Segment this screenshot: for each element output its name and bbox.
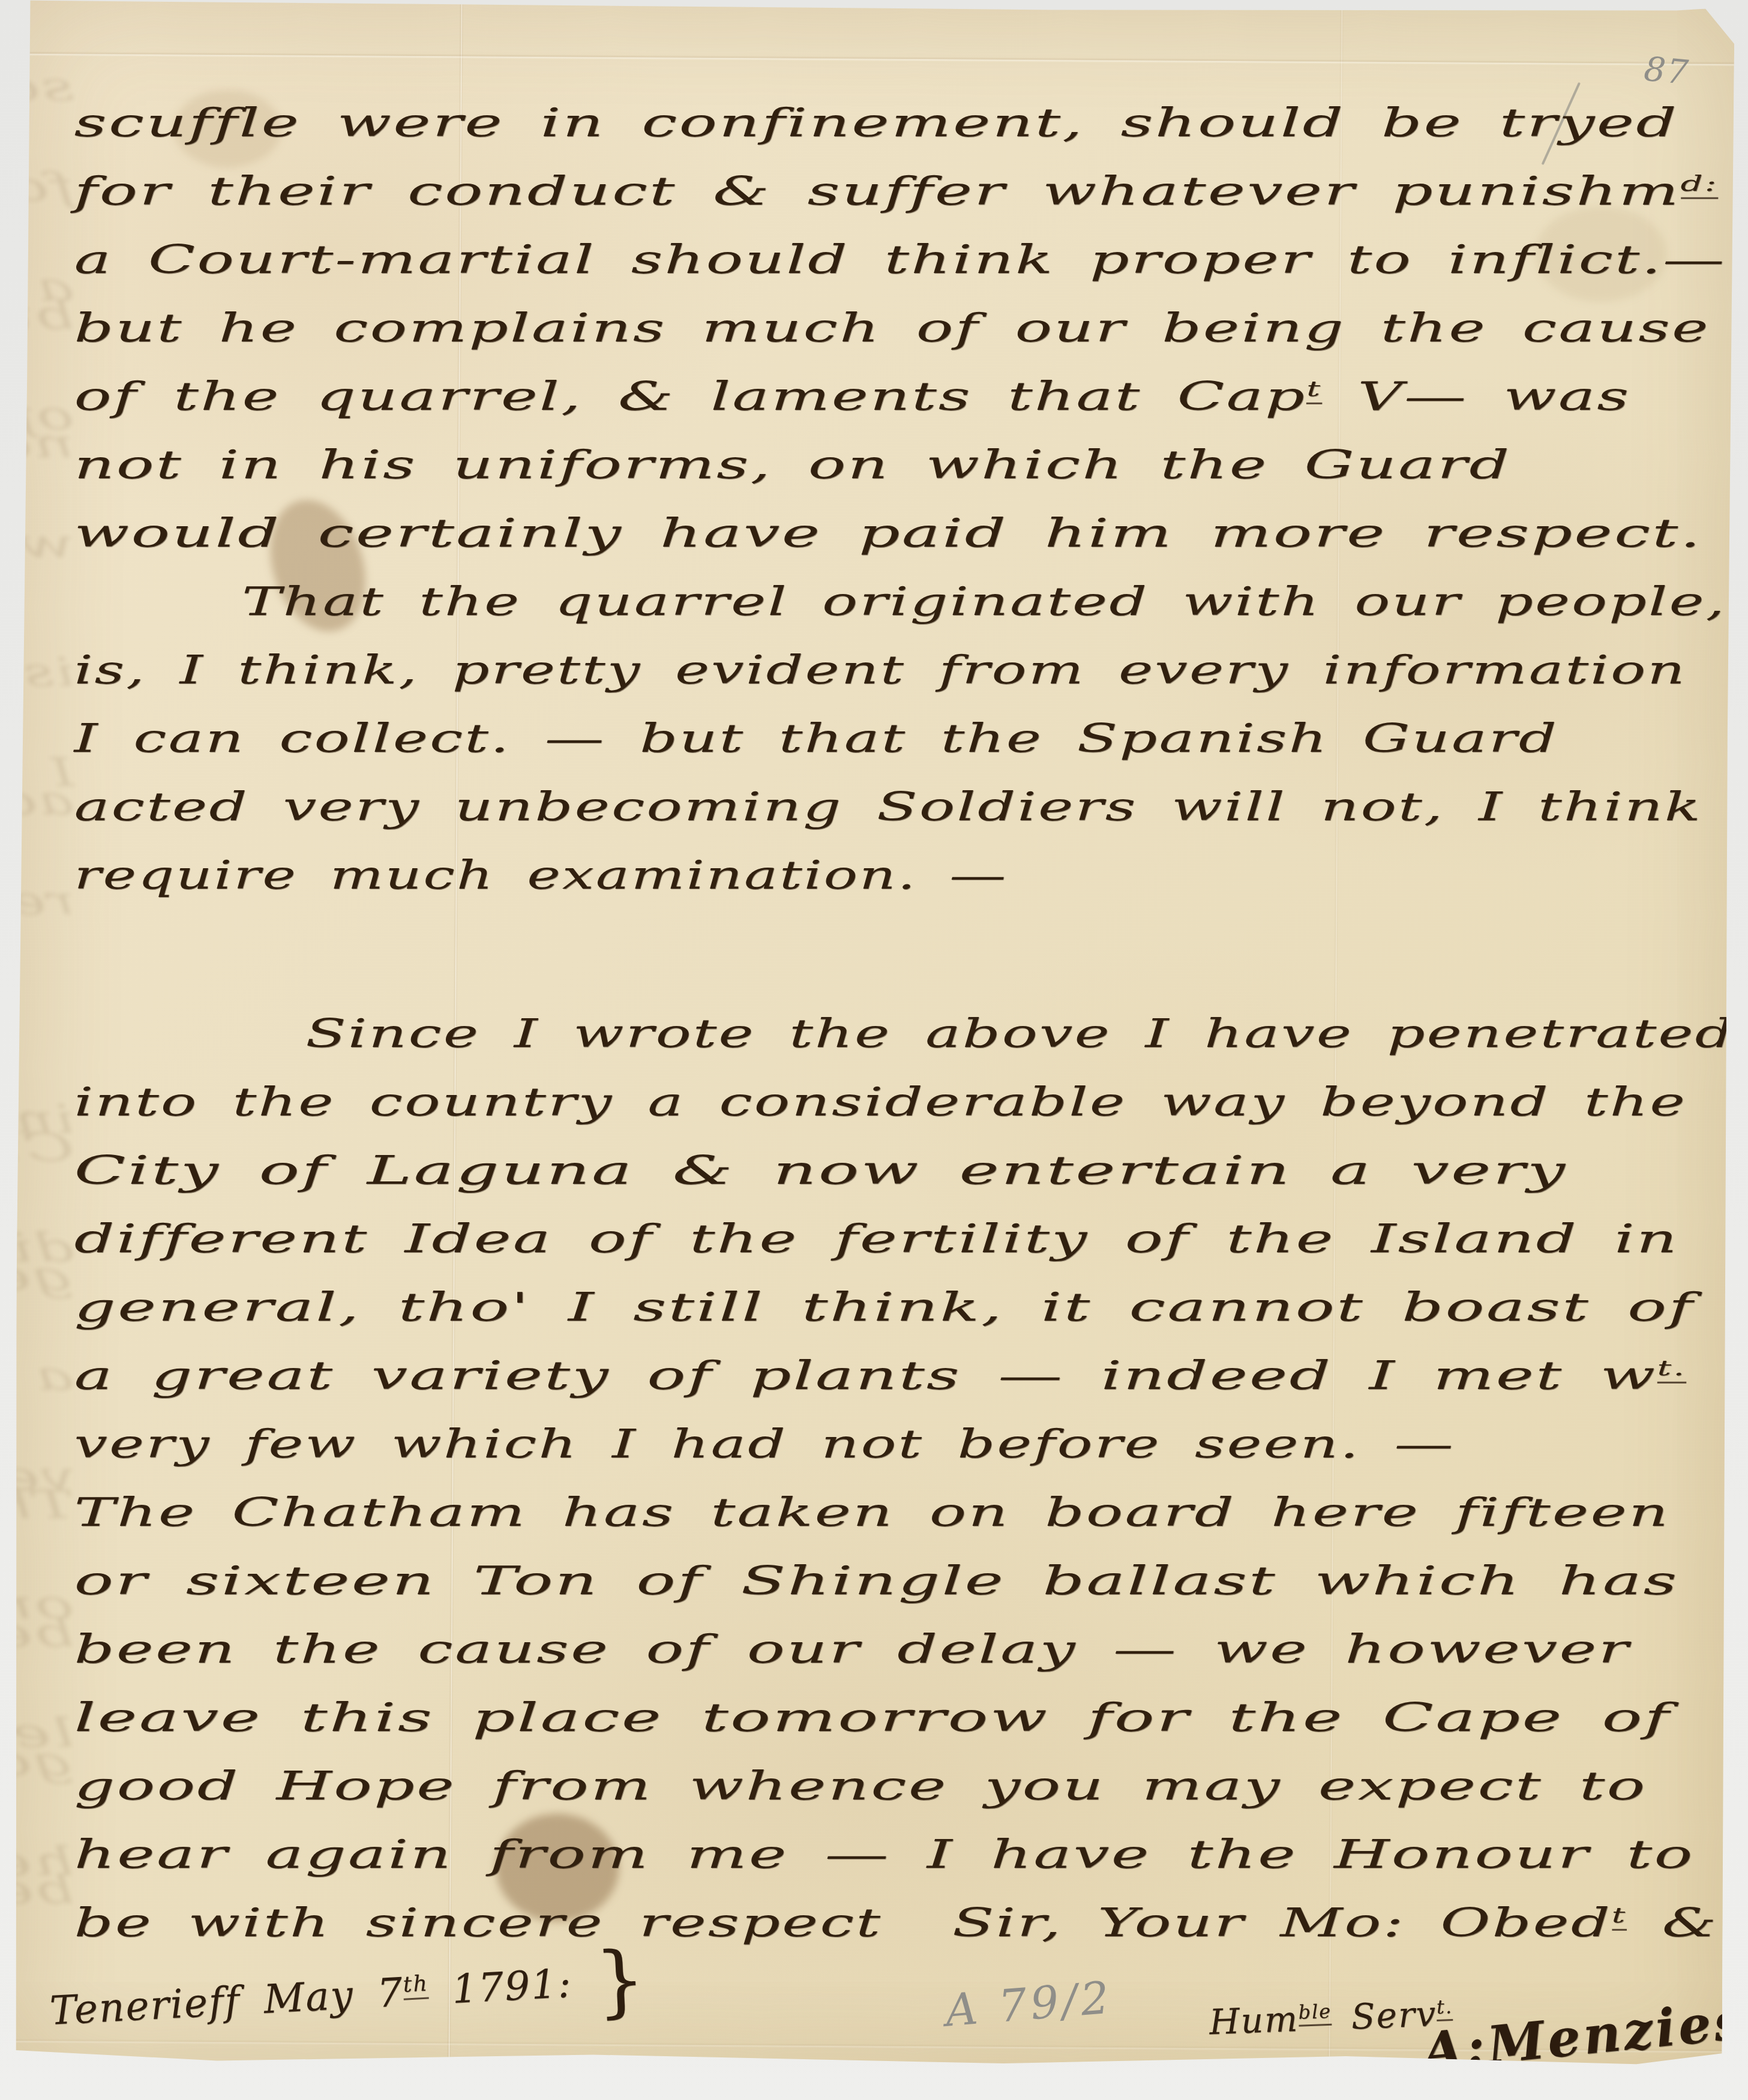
dateline-text: Tenerieff May 7th 1791: (49, 1960, 573, 2034)
manuscript-line: hear again from me — I have the Honour t… (74, 1820, 1671, 1889)
closing-humble-servant: Humble Servt. (1209, 1993, 1454, 2042)
manuscript-line: leave this place tomorrow for the Cape o… (74, 1684, 1671, 1752)
bleedthrough-line: That the quarrel originated with our peo… (0, 538, 74, 607)
manuscript-line: be with sincere respect Sir, Your Mo: Ob… (74, 1889, 1671, 1957)
manuscript-line: That the quarrel originated with our peo… (74, 568, 1671, 636)
manuscript-line: Since I wrote the above I have penetrate… (74, 1000, 1671, 1068)
manuscript-line: into the country a considerable way beyo… (74, 1068, 1671, 1136)
dateline-brace: } (593, 1933, 647, 2027)
bleedthrough-line: City of Laguna & now entertain a very (0, 1114, 74, 1182)
bleedthrough-line: for their conduct & suffer whatever puni… (0, 153, 74, 221)
bleedthrough-line: is, I think, pretty evident from every i… (0, 638, 74, 707)
manuscript-line: or sixteen Ton of Shingle ballast which … (74, 1547, 1671, 1615)
bleedthrough-line: The Chatham has taken on board here fift… (0, 1471, 74, 1539)
bleedthrough-line: be with sincere respect Sir, Your Mo: Ob… (0, 1856, 74, 1924)
bleedthrough-line: require much examination. — (0, 867, 74, 935)
manuscript-line: not in his uniforms, on which the Guard (74, 431, 1671, 499)
bleedthrough-line: scuffle were in confinement, should be t… (0, 53, 74, 121)
manuscript-line: acted very unbecoming Soldiers will not,… (74, 773, 1671, 841)
manuscript-line: The Chatham has taken on board here fift… (74, 1478, 1671, 1547)
bleedthrough-line: a great variety of plants — indeed I met… (0, 1342, 74, 1411)
manuscript-line: I can collect. — but that the Spanish Gu… (74, 704, 1671, 773)
bleedthrough-line: but he complains much of our being the c… (0, 281, 74, 350)
manuscript-line: general, tho' I still think, it cannot b… (74, 1273, 1671, 1342)
manuscript-line: a Court-martial should think proper to i… (74, 226, 1671, 294)
manuscript-line: a great variety of plants — indeed I met… (74, 1342, 1671, 1410)
manuscript-line: City of Laguna & now entertain a very (74, 1136, 1671, 1205)
bleedthrough-line: general, tho' I still think, it cannot b… (0, 1242, 74, 1310)
manuscript-line: but he complains much of our being the c… (74, 294, 1671, 362)
bleedthrough-line: been the cause of our delay — we however (0, 1599, 74, 1667)
manuscript-line: scuffle were in confinement, should be t… (74, 89, 1671, 157)
manuscript-line: different Idea of the fertility of the I… (74, 1205, 1671, 1273)
letter-page: 87 scuffle were in confinement, should b… (12, 0, 1735, 2074)
archive-reference-annotation: A 79/2 (943, 1972, 1114, 2036)
manuscript-line: very few which I had not before seen. — (74, 1410, 1671, 1478)
manuscript-line: of the quarrel, & laments that Capt V— w… (74, 362, 1671, 431)
bleedthrough-layer: scuffle were in confinement, should be t… (0, 89, 74, 1957)
bleedthrough-line: acted very unbecoming Soldiers will not,… (0, 767, 74, 835)
manuscript-text: scuffle were in confinement, should be t… (74, 89, 1671, 1957)
bleedthrough-line: not in his uniforms, on which the Guard (0, 410, 74, 478)
horizontal-fold-crease-top (24, 51, 1734, 66)
manuscript-line: is, I think, pretty evident from every i… (74, 636, 1671, 704)
manuscript-line: require much examination. — (74, 841, 1671, 910)
bleedthrough-line: Since I wrote the above I have penetrate… (0, 985, 74, 1054)
manuscript-line: for their conduct & suffer whatever puni… (74, 157, 1671, 226)
signature: A:Menzies (1420, 1990, 1748, 2083)
manuscript-line: been the cause of our delay — we however (74, 1615, 1671, 1684)
manuscript-line: would certainly have paid him more respe… (74, 499, 1671, 568)
manuscript-line: good Hope from whence you may expect to (74, 1752, 1671, 1820)
page-number-annotation: 87 (1642, 50, 1691, 93)
bleedthrough-line: good Hope from whence you may expect to (0, 1727, 74, 1796)
